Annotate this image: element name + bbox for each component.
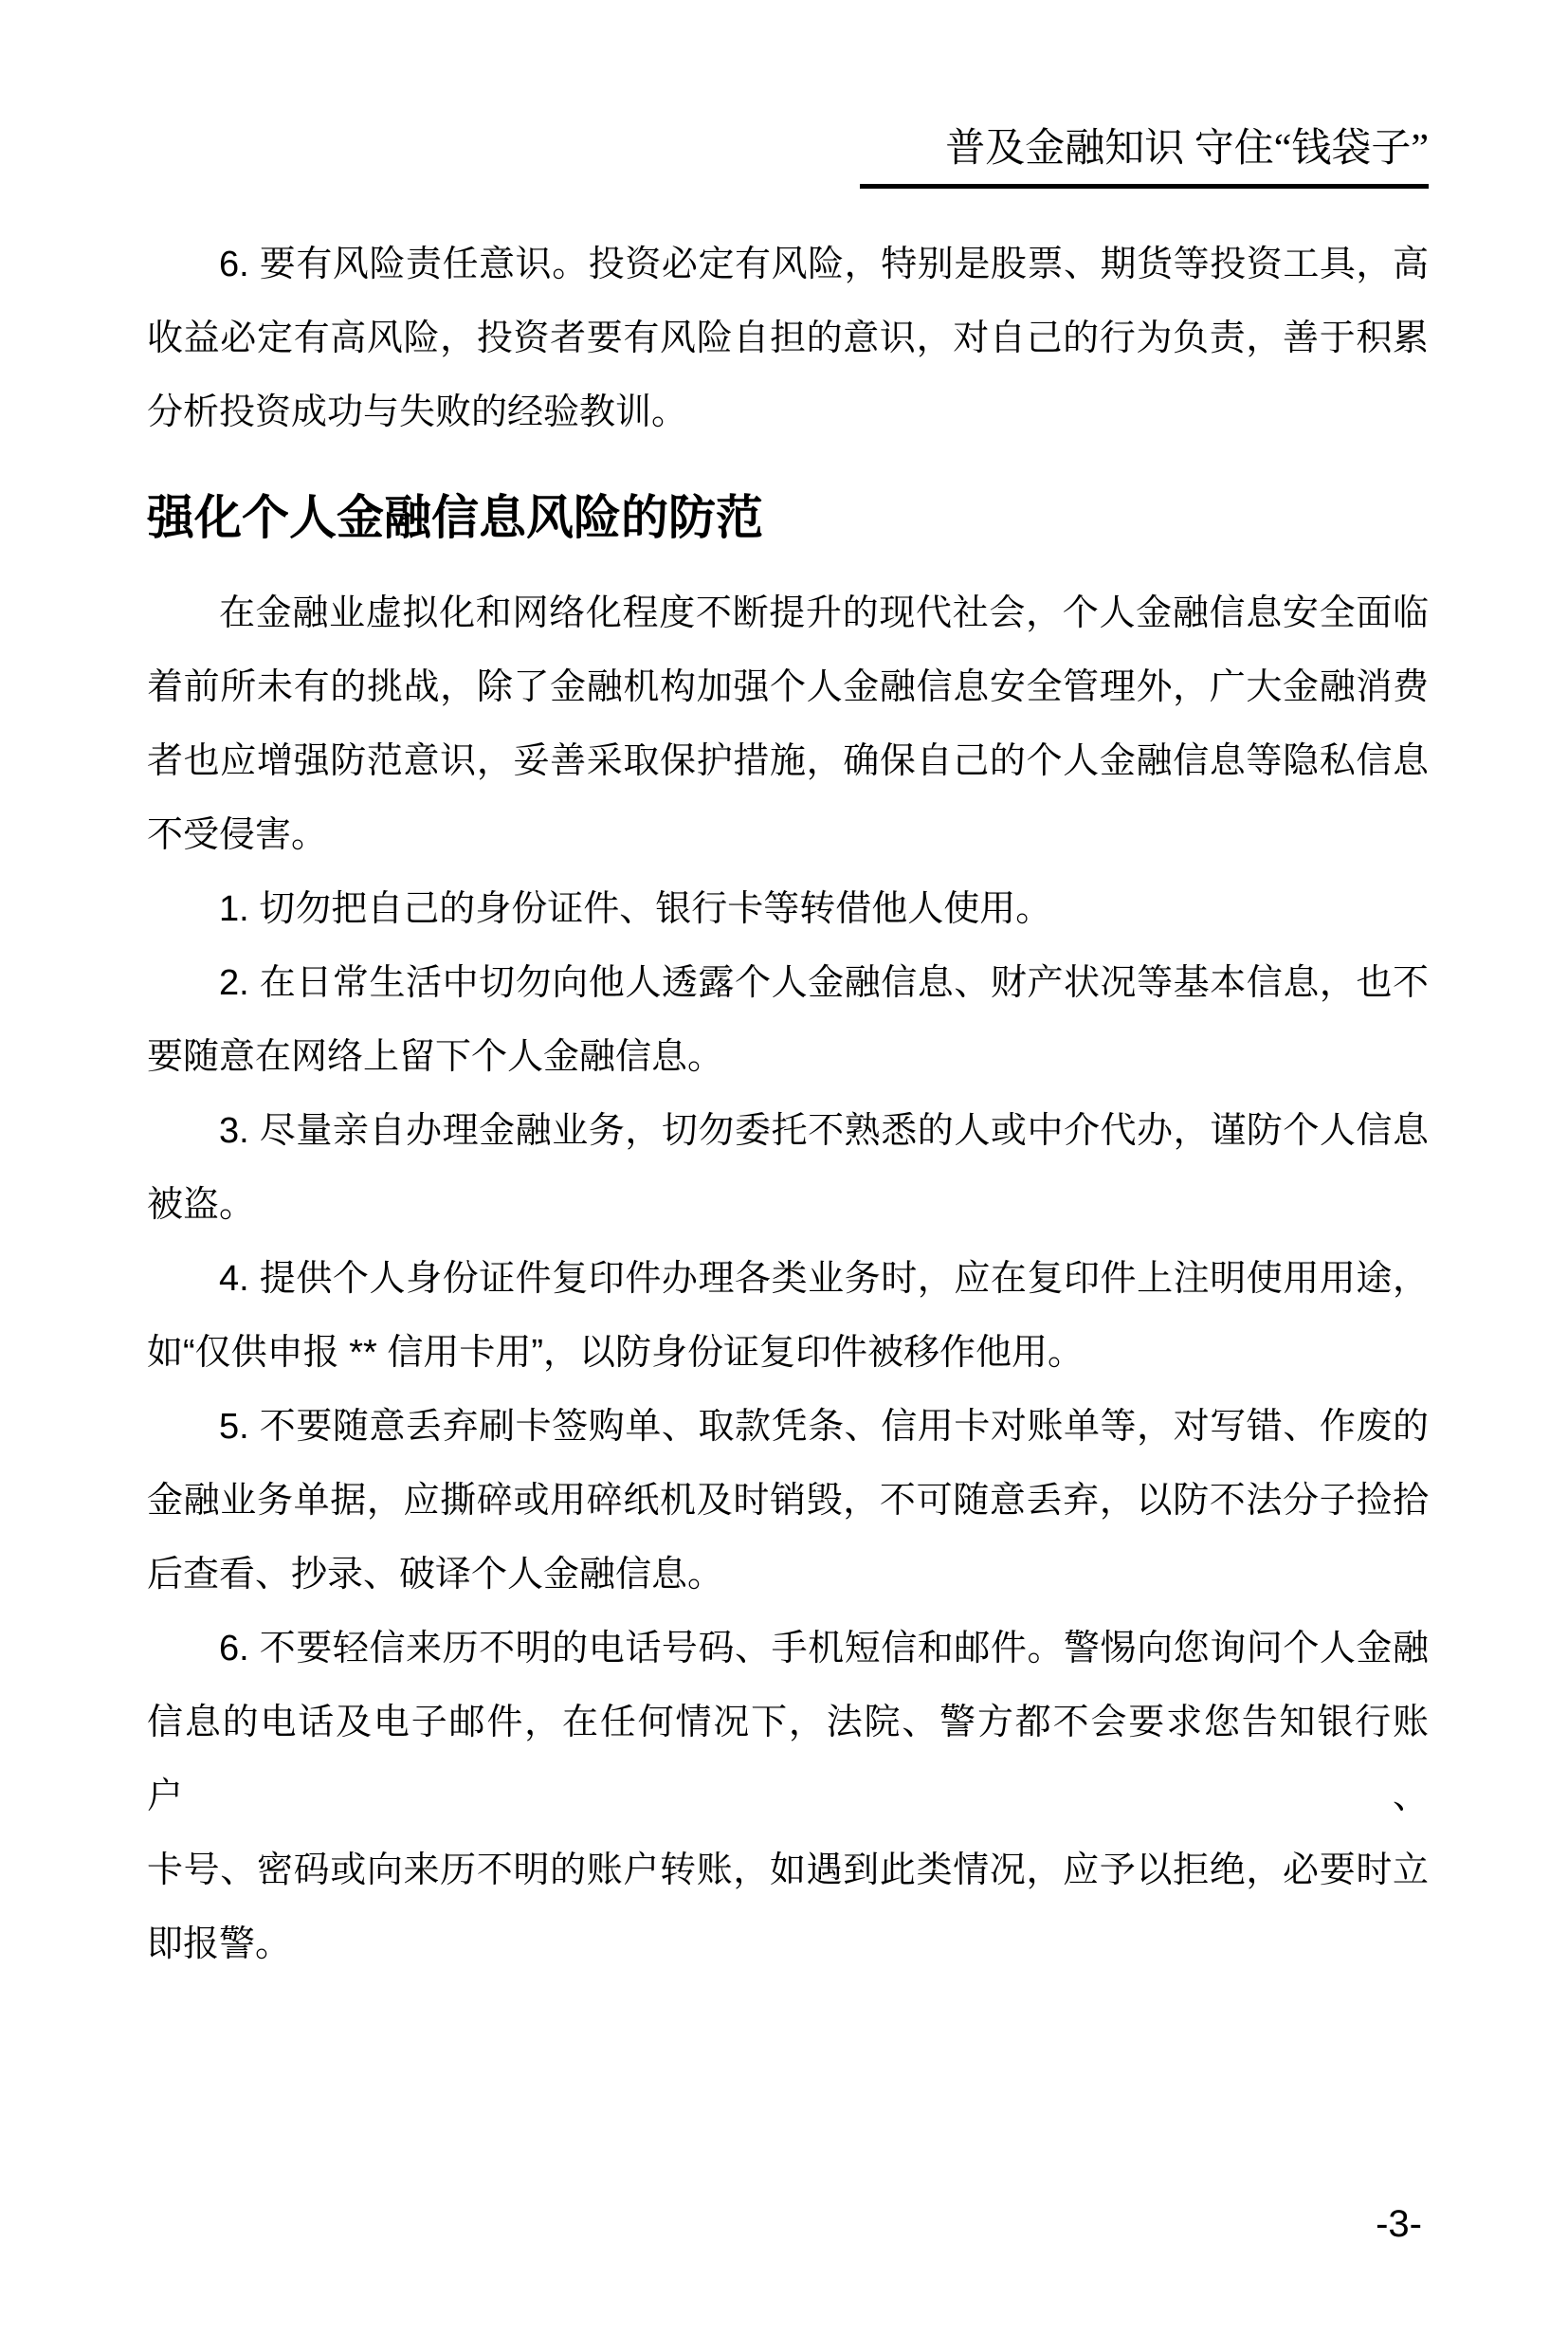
page-content: 6. 要有风险责任意识。投资必定有风险，特别是股票、期货等投资工具，高 收益必定… bbox=[147, 228, 1429, 1981]
text-line: 3. 尽量亲自办理金融业务，切勿委托不熟悉的人或中介代办，谨防个人信息 bbox=[147, 1094, 1429, 1168]
text-line: 即报警。 bbox=[147, 1907, 1429, 1981]
numbered-item-4: 4. 提供个人身份证件复印件办理各类业务时，应在复印件上注明使用用途， 如“仅供… bbox=[147, 1242, 1429, 1390]
text-line: 信息的电话及电子邮件，在任何情况下，法院、警方都不会要求您告知银行账户、 bbox=[147, 1686, 1429, 1833]
text-line: 卡号、密码或向来历不明的账户转账，如遇到此类情况，应予以拒绝，必要时立 bbox=[147, 1833, 1429, 1907]
text-line: 6. 要有风险责任意识。投资必定有风险，特别是股票、期货等投资工具，高 bbox=[147, 228, 1429, 301]
text-line: 后查看、抄录、破译个人金融信息。 bbox=[147, 1538, 1429, 1612]
text-line: 者也应增强防范意识，妥善采取保护措施，确保自己的个人金融信息等隐私信息 bbox=[147, 724, 1429, 798]
text-line: 2. 在日常生活中切勿向他人透露个人金融信息、财产状况等基本信息，也不 bbox=[147, 946, 1429, 1020]
text-line: 分析投资成功与失败的经验教训。 bbox=[147, 375, 1429, 449]
text-line: 金融业务单据，应撕碎或用碎纸机及时销毁，不可随意丢弃，以防不法分子捡拾 bbox=[147, 1464, 1429, 1538]
numbered-item-6: 6. 不要轻信来历不明的电话号码、手机短信和邮件。警惕向您询问个人金融 信息的电… bbox=[147, 1612, 1429, 1981]
text-line: 在金融业虚拟化和网络化程度不断提升的现代社会，个人金融信息安全面临 bbox=[147, 576, 1429, 650]
page-number: -3- bbox=[1376, 2203, 1422, 2245]
running-header-title: 普及金融知识 守住“钱袋子” bbox=[945, 127, 1429, 171]
text-line: 收益必定有高风险，投资者要有风险自担的意识，对自己的行为负责，善于积累 bbox=[147, 301, 1429, 375]
text-line: 着前所未有的挑战，除了金融机构加强个人金融信息安全管理外，广大金融消费 bbox=[147, 650, 1429, 724]
running-header: 普及金融知识 守住“钱袋子” bbox=[860, 126, 1429, 189]
document-page: 普及金融知识 守住“钱袋子” 6. 要有风险责任意识。投资必定有风险，特别是股票… bbox=[0, 0, 1568, 2352]
paragraph-risk-responsibility: 6. 要有风险责任意识。投资必定有风险，特别是股票、期货等投资工具，高 收益必定… bbox=[147, 228, 1429, 449]
text-line: 6. 不要轻信来历不明的电话号码、手机短信和邮件。警惕向您询问个人金融 bbox=[147, 1612, 1429, 1686]
paragraph-section-lead: 在金融业虚拟化和网络化程度不断提升的现代社会，个人金融信息安全面临 着前所未有的… bbox=[147, 576, 1429, 872]
text-line: 1. 切勿把自己的身份证件、银行卡等转借他人使用。 bbox=[147, 872, 1429, 946]
text-line: 不受侵害。 bbox=[147, 798, 1429, 872]
numbered-item-1: 1. 切勿把自己的身份证件、银行卡等转借他人使用。 bbox=[147, 872, 1429, 946]
section-heading: 强化个人金融信息风险的防范 bbox=[147, 480, 1429, 556]
text-line: 被盗。 bbox=[147, 1168, 1429, 1242]
numbered-item-2: 2. 在日常生活中切勿向他人透露个人金融信息、财产状况等基本信息，也不 要随意在… bbox=[147, 946, 1429, 1094]
text-line: 5. 不要随意丢弃刷卡签购单、取款凭条、信用卡对账单等，对写错、作废的 bbox=[147, 1390, 1429, 1464]
numbered-item-3: 3. 尽量亲自办理金融业务，切勿委托不熟悉的人或中介代办，谨防个人信息 被盗。 bbox=[147, 1094, 1429, 1242]
text-line: 要随意在网络上留下个人金融信息。 bbox=[147, 1020, 1429, 1094]
text-line: 如“仅供申报 ** 信用卡用”，以防身份证复印件被移作他用。 bbox=[147, 1316, 1429, 1390]
numbered-item-5: 5. 不要随意丢弃刷卡签购单、取款凭条、信用卡对账单等，对写错、作废的 金融业务… bbox=[147, 1390, 1429, 1612]
text-line: 4. 提供个人身份证件复印件办理各类业务时，应在复印件上注明使用用途， bbox=[147, 1242, 1429, 1316]
